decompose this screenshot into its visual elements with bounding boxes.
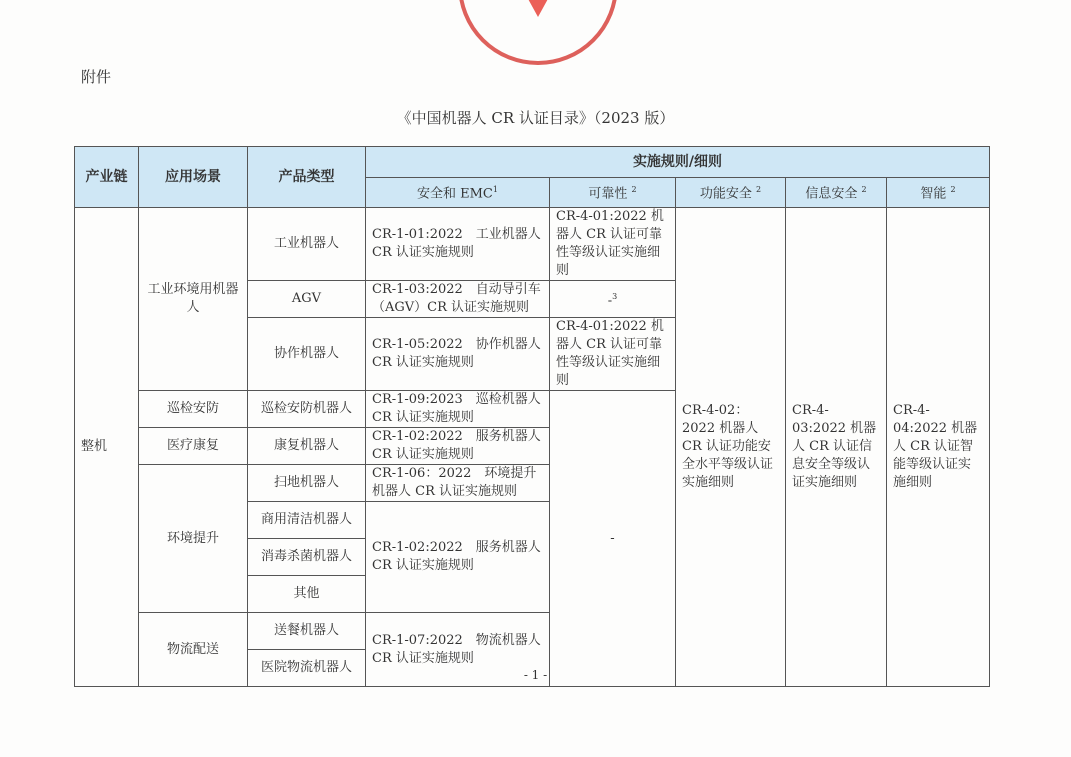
star-icon <box>516 0 560 17</box>
header-rules-group: 实施规则/细则 <box>366 147 990 178</box>
header-reliability: 可靠性 2 <box>550 178 676 208</box>
page-number: - 1 - <box>0 668 1071 682</box>
info-security-cell: CR-4-03:2022 机器人 CR 认证信息安全等级认证实施细则 <box>786 208 887 687</box>
header-functional-safety: 功能安全 2 <box>676 178 786 208</box>
intelligence-cell: CR-4-04:2022 机器人 CR 认证智能等级认证实施细则 <box>887 208 990 687</box>
product-cell: 工业机器人 <box>248 208 366 281</box>
safety-emc-cell: CR-1-06：2022 环境提升机器人 CR 认证实施规则 <box>366 465 550 502</box>
header-product: 产品类型 <box>248 147 366 208</box>
document-title: 《中国机器人 CR 认证目录》（2023 版） <box>0 107 1071 128</box>
product-cell: 商用清洁机器人 <box>248 502 366 539</box>
official-seal <box>458 0 618 65</box>
safety-emc-cell: CR-1-01:2022 工业机器人 CR 认证实施规则 <box>366 208 550 281</box>
header-chain: 产业链 <box>75 147 139 208</box>
annex-label: 附件 <box>81 66 111 87</box>
reliability-cell: CR-4-01:2022 机器人 CR 认证可靠性等级认证实施细则 <box>550 208 676 281</box>
functional-safety-cell: CR-4-02：2022 机器人 CR 认证功能安全水平等级认证实施细则 <box>676 208 786 687</box>
safety-emc-cell: CR-1-09:2023 巡检机器人 CR 认证实施规则 <box>366 391 550 428</box>
reliability-cell: - <box>550 391 676 687</box>
product-cell: 扫地机器人 <box>248 465 366 502</box>
product-cell: 其他 <box>248 576 366 613</box>
scenario-cell: 环境提升 <box>139 465 248 613</box>
header-info-security: 信息安全 2 <box>786 178 887 208</box>
reliability-cell: CR-4-01:2022 机器人 CR 认证可靠性等级认证实施细则 <box>550 318 676 391</box>
product-cell: 康复机器人 <box>248 428 366 465</box>
product-cell: 协作机器人 <box>248 318 366 391</box>
table-row: 整机 工业环境用机器人 工业机器人 CR-1-01:2022 工业机器人 CR … <box>75 208 990 281</box>
header-scenario: 应用场景 <box>139 147 248 208</box>
header-safety-emc: 安全和 EMC1 <box>366 178 550 208</box>
safety-emc-cell: CR-1-02:2022 服务机器人 CR 认证实施规则 <box>366 502 550 613</box>
safety-emc-cell: CR-1-02:2022 服务机器人 CR 认证实施规则 <box>366 428 550 465</box>
product-cell: 消毒杀菌机器人 <box>248 539 366 576</box>
product-cell: 巡检安防机器人 <box>248 391 366 428</box>
chain-cell: 整机 <box>75 208 139 687</box>
reliability-cell: -3 <box>550 281 676 318</box>
scenario-cell: 医疗康复 <box>139 428 248 465</box>
safety-emc-cell: CR-1-03:2022 自动导引车（AGV）CR 认证实施规则 <box>366 281 550 318</box>
product-cell: AGV <box>248 281 366 318</box>
safety-emc-cell: CR-1-05:2022 协作机器人 CR 认证实施规则 <box>366 318 550 391</box>
product-cell: 送餐机器人 <box>248 613 366 650</box>
scenario-cell: 工业环境用机器人 <box>139 208 248 391</box>
scenario-cell: 巡检安防 <box>139 391 248 428</box>
certification-catalog-table: 产业链 应用场景 产品类型 实施规则/细则 安全和 EMC1 可靠性 2 功能安… <box>74 146 990 687</box>
header-intelligence: 智能 2 <box>887 178 990 208</box>
